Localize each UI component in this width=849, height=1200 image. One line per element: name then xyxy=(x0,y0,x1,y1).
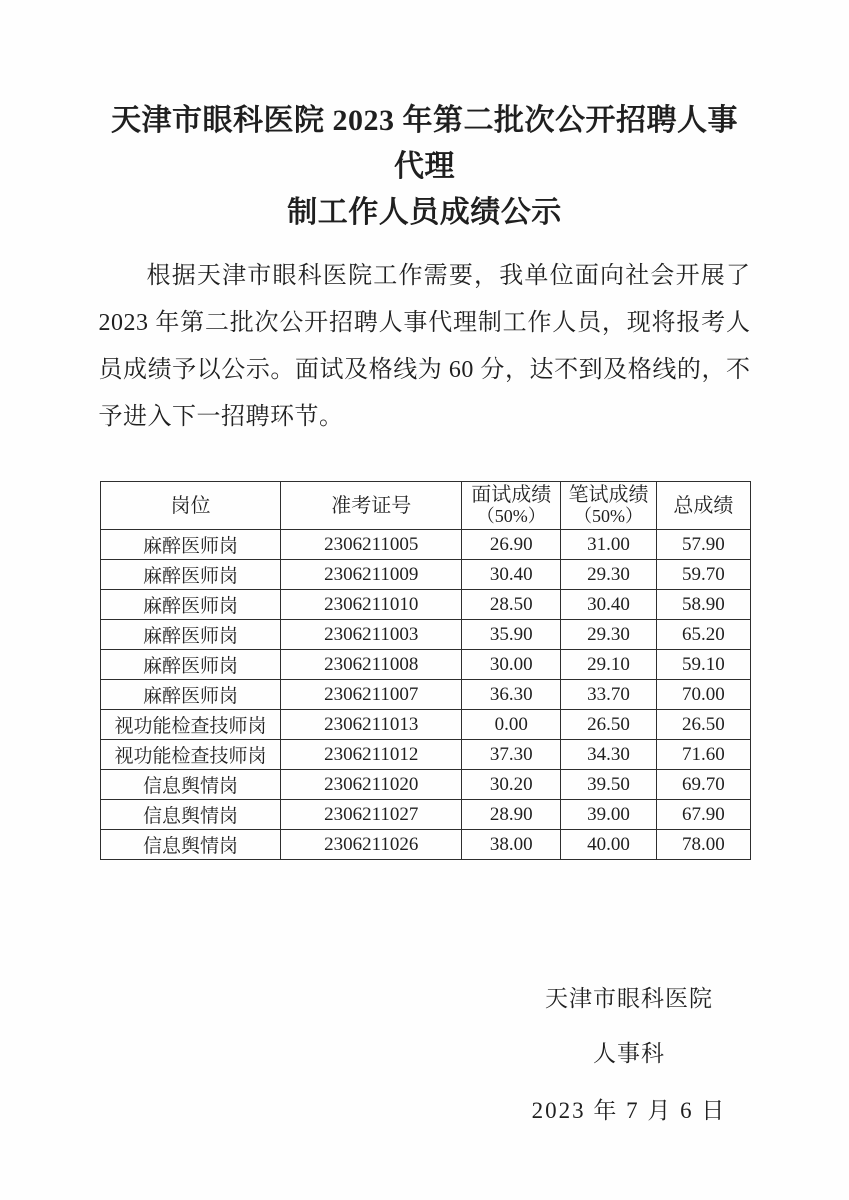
cell-ticket-number: 2306211005 xyxy=(281,530,462,560)
cell-total-score: 67.90 xyxy=(656,800,750,830)
score-row: 视功能检查技师岗 2306211012 37.30 34.30 71.60 xyxy=(101,740,751,770)
score-row: 信息舆情岗 2306211020 30.20 39.50 69.70 xyxy=(101,770,751,800)
col-header-ticket-label: 准考证号 xyxy=(331,495,411,517)
cell-total-score: 58.90 xyxy=(656,590,750,620)
cell-total-score: 70.00 xyxy=(656,680,750,710)
cell-ticket-number: 2306211007 xyxy=(281,680,462,710)
cell-total-score: 59.10 xyxy=(656,650,750,680)
cell-position: 麻醉医师岗 xyxy=(101,650,281,680)
cell-ticket-number: 2306211026 xyxy=(281,830,462,860)
col-header-interview-label: 面试成绩 xyxy=(471,484,551,506)
score-row: 信息舆情岗 2306211027 28.90 39.00 67.90 xyxy=(101,800,751,830)
cell-position: 麻醉医师岗 xyxy=(101,620,281,650)
col-header-position-label: 岗位 xyxy=(171,495,211,517)
cell-position: 麻醉医师岗 xyxy=(101,680,281,710)
cell-position: 信息舆情岗 xyxy=(101,800,281,830)
intro-paragraph: 根据天津市眼科医院工作需要，我单位面向社会开展了 2023 年第二批次公开招聘人… xyxy=(99,253,751,441)
cell-total-score: 65.20 xyxy=(656,620,750,650)
score-table-container: 岗位 准考证号 面试成绩（50%） 笔试成绩（50%） 总成绩 麻醉医师岗 23… xyxy=(100,481,751,860)
cell-ticket-number: 2306211010 xyxy=(281,590,462,620)
signature-department: 人事科 xyxy=(514,1041,744,1067)
cell-ticket-number: 2306211009 xyxy=(281,560,462,590)
cell-total-score: 71.60 xyxy=(656,740,750,770)
cell-interview-score: 28.50 xyxy=(462,590,561,620)
cell-total-score: 59.70 xyxy=(656,560,750,590)
cell-position: 视功能检查技师岗 xyxy=(101,740,281,770)
cell-written-score: 40.00 xyxy=(561,830,657,860)
document-title-line2: 制工作人员成绩公示 xyxy=(100,190,749,236)
cell-interview-score: 26.90 xyxy=(462,530,561,560)
score-row: 麻醉医师岗 2306211007 36.30 33.70 70.00 xyxy=(101,680,751,710)
cell-interview-score: 30.00 xyxy=(462,650,561,680)
cell-interview-score: 35.90 xyxy=(462,620,561,650)
cell-ticket-number: 2306211008 xyxy=(281,650,462,680)
document-title-line1: 天津市眼科医院 2023 年第二批次公开招聘人事代理 xyxy=(100,98,749,190)
signature-date: 2023 年 7 月 6 日 xyxy=(514,1098,744,1124)
cell-position: 麻醉医师岗 xyxy=(101,560,281,590)
col-header-written-label: 笔试成绩 xyxy=(568,484,648,506)
cell-ticket-number: 2306211027 xyxy=(281,800,462,830)
signature-organization: 天津市眼科医院 xyxy=(514,986,744,1012)
cell-ticket-number: 2306211020 xyxy=(281,770,462,800)
cell-interview-score: 30.20 xyxy=(462,770,561,800)
cell-written-score: 39.50 xyxy=(561,770,657,800)
cell-interview-score: 37.30 xyxy=(462,740,561,770)
cell-position: 麻醉医师岗 xyxy=(101,590,281,620)
col-header-written: 笔试成绩（50%） xyxy=(561,482,657,530)
cell-total-score: 26.50 xyxy=(656,710,750,740)
cell-written-score: 29.30 xyxy=(561,560,657,590)
score-row: 麻醉医师岗 2306211005 26.90 31.00 57.90 xyxy=(101,530,751,560)
col-header-written-weight: （50%） xyxy=(561,506,656,527)
cell-written-score: 29.10 xyxy=(561,650,657,680)
score-row: 麻醉医师岗 2306211010 28.50 30.40 58.90 xyxy=(101,590,751,620)
cell-interview-score: 30.40 xyxy=(462,560,561,590)
cell-ticket-number: 2306211013 xyxy=(281,710,462,740)
cell-position: 麻醉医师岗 xyxy=(101,530,281,560)
cell-written-score: 30.40 xyxy=(561,590,657,620)
cell-total-score: 57.90 xyxy=(656,530,750,560)
cell-position: 视功能检查技师岗 xyxy=(101,710,281,740)
cell-written-score: 39.00 xyxy=(561,800,657,830)
score-row: 信息舆情岗 2306211026 38.00 40.00 78.00 xyxy=(101,830,751,860)
score-row: 麻醉医师岗 2306211003 35.90 29.30 65.20 xyxy=(101,620,751,650)
col-header-total: 总成绩 xyxy=(656,482,750,530)
cell-ticket-number: 2306211012 xyxy=(281,740,462,770)
cell-ticket-number: 2306211003 xyxy=(281,620,462,650)
document-page: 天津市眼科医院 2023 年第二批次公开招聘人事代理 制工作人员成绩公示 根据天… xyxy=(0,0,849,1200)
cell-interview-score: 38.00 xyxy=(462,830,561,860)
score-row: 视功能检查技师岗 2306211013 0.00 26.50 26.50 xyxy=(101,710,751,740)
col-header-interview-weight: （50%） xyxy=(462,506,560,527)
col-header-position: 岗位 xyxy=(101,482,281,530)
col-header-ticket: 准考证号 xyxy=(281,482,462,530)
cell-written-score: 33.70 xyxy=(561,680,657,710)
cell-position: 信息舆情岗 xyxy=(101,770,281,800)
cell-position: 信息舆情岗 xyxy=(101,830,281,860)
cell-written-score: 34.30 xyxy=(561,740,657,770)
document-title: 天津市眼科医院 2023 年第二批次公开招聘人事代理 制工作人员成绩公示 xyxy=(100,98,749,236)
cell-interview-score: 0.00 xyxy=(462,710,561,740)
score-row: 麻醉医师岗 2306211008 30.00 29.10 59.10 xyxy=(101,650,751,680)
col-header-total-label: 总成绩 xyxy=(673,495,733,517)
col-header-interview: 面试成绩（50%） xyxy=(462,482,561,530)
cell-written-score: 29.30 xyxy=(561,620,657,650)
cell-interview-score: 36.30 xyxy=(462,680,561,710)
table-header-row: 岗位 准考证号 面试成绩（50%） 笔试成绩（50%） 总成绩 xyxy=(101,482,751,530)
cell-total-score: 69.70 xyxy=(656,770,750,800)
cell-written-score: 26.50 xyxy=(561,710,657,740)
cell-interview-score: 28.90 xyxy=(462,800,561,830)
cell-written-score: 31.00 xyxy=(561,530,657,560)
signature-block: 天津市眼科医院 人事科 2023 年 7 月 6 日 xyxy=(514,986,744,1124)
cell-total-score: 78.00 xyxy=(656,830,750,860)
score-row: 麻醉医师岗 2306211009 30.40 29.30 59.70 xyxy=(101,560,751,590)
score-table: 岗位 准考证号 面试成绩（50%） 笔试成绩（50%） 总成绩 麻醉医师岗 23… xyxy=(100,481,751,860)
